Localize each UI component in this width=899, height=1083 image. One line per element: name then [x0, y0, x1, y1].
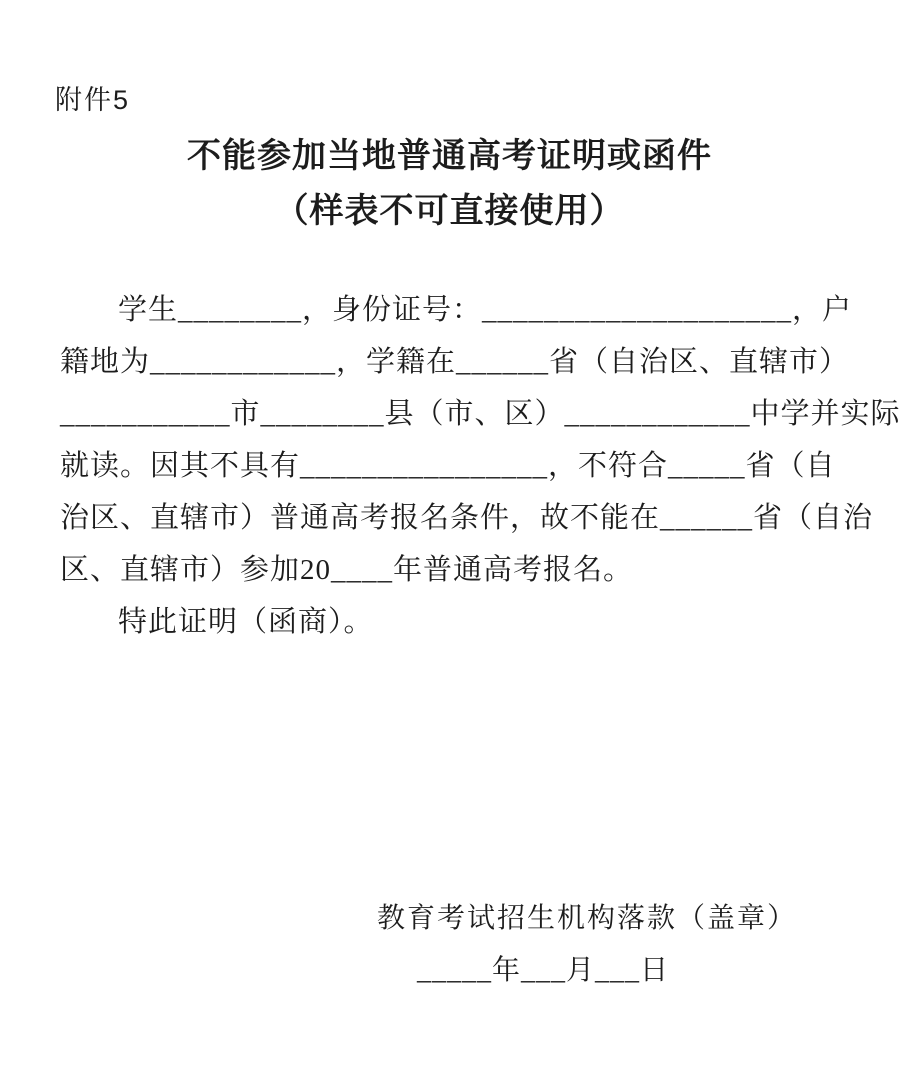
body-line: 区、直辖市）参加20____年普通高考报名。: [60, 544, 850, 596]
body-line: 籍地为____________，学籍在______省（自治区、直辖市）: [60, 336, 850, 388]
certificate-page: 附件5 不能参加当地普通高考证明或函件 （样表不可直接使用） 学生_______…: [0, 0, 899, 1083]
document-subtitle: （样表不可直接使用）: [0, 183, 899, 232]
date-line: _____年___月___日: [417, 948, 669, 988]
attachment-label: 附件5: [55, 78, 130, 117]
signature-line: 教育考试招生机构落款（盖章）: [377, 896, 797, 936]
body-line: 特此证明（函商）。: [60, 596, 850, 648]
certificate-body: 学生________，身份证号：____________________，户 籍…: [60, 284, 850, 648]
body-line: 就读。因其不具有________________，不符合_____省（自: [60, 440, 850, 492]
body-line: 治区、直辖市）普通高考报名条件，故不能在______省（自治: [60, 492, 850, 544]
body-line: ___________市________县（市、区）____________中学…: [60, 388, 850, 440]
body-line: 学生________，身份证号：____________________，户: [60, 284, 850, 336]
document-title: 不能参加当地普通高考证明或函件: [0, 128, 899, 177]
